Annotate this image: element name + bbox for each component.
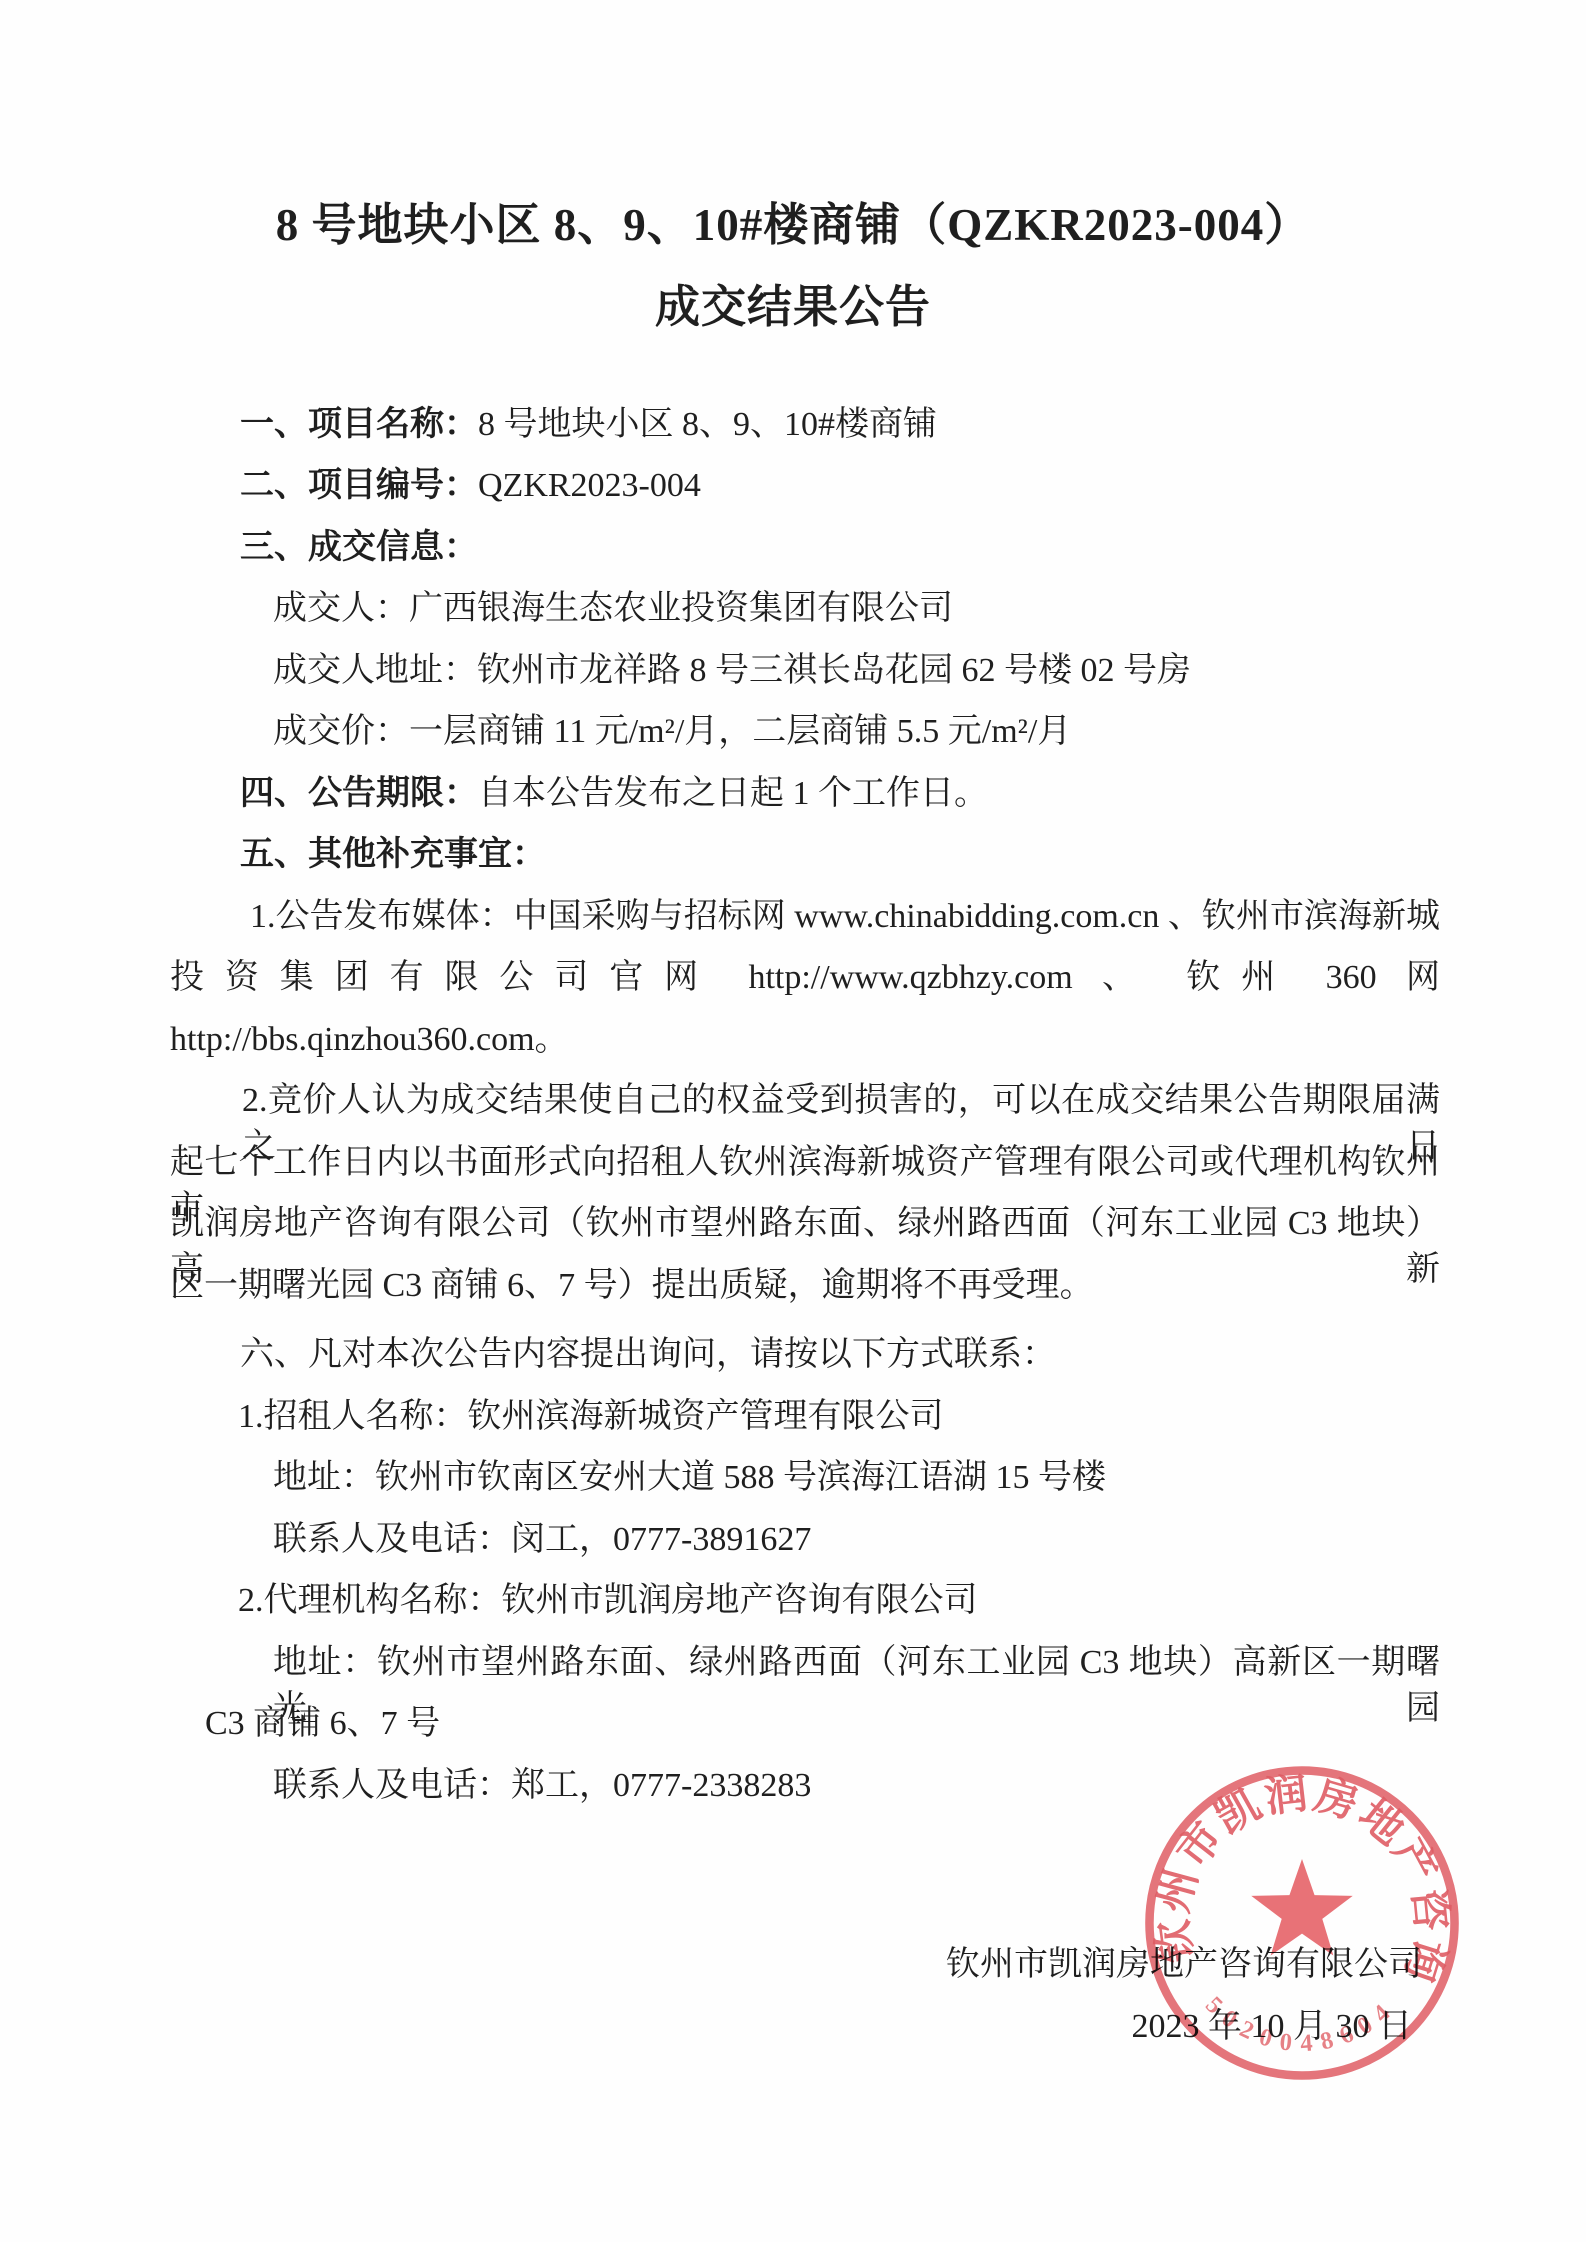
body-line: C3 商铺 6、7 号: [170, 1701, 1440, 1747]
seal-star: [1251, 1859, 1352, 1955]
body-line: 二、项目编号：QZKR2023-004: [170, 463, 1440, 509]
body-line: 一、项目名称：8 号地块小区 8、9、10#楼商铺: [170, 402, 1440, 448]
company-seal-stamp: 钦州市凯润房地产咨询有限公司 5020048604: [1142, 1763, 1462, 2083]
body-line: http://bbs.qinzhou360.com。: [170, 1017, 1440, 1063]
body-line: 五、其他补充事宜：: [170, 832, 1440, 878]
body-line: 成交人：广西银海生态农业投资集团有限公司: [170, 586, 1440, 632]
body-line: 投资集团有限公司官网 http://www.qzbhzy.com 、 钦州 36…: [170, 955, 1440, 1001]
body-line: 2.代理机构名称：钦州市凯润房地产咨询有限公司: [170, 1578, 1440, 1624]
body-line: 四、公告期限：自本公告发布之日起 1 个工作日。: [170, 771, 1440, 817]
body-line: 区一期曙光园 C3 商铺 6、7 号）提出质疑，逾期将不再受理。: [170, 1263, 1440, 1309]
body-line: 地址：钦州市钦南区安州大道 588 号滨海江语湖 15 号楼: [170, 1455, 1440, 1501]
body-line: 1.招租人名称：钦州滨海新城资产管理有限公司: [170, 1394, 1440, 1440]
seal-serial: 5020048604: [1200, 1991, 1402, 2057]
body-line: 成交人地址：钦州市龙祥路 8 号三祺长岛花园 62 号楼 02 号房: [170, 648, 1440, 694]
document-page: 8 号地块小区 8、9、10#楼商铺（QZKR2023-004） 成交结果公告 …: [0, 0, 1586, 2242]
body-line: 三、成交信息：: [170, 525, 1440, 571]
document-title-line2: 成交结果公告: [0, 270, 1586, 335]
document-title-line1: 8 号地块小区 8、9、10#楼商铺（QZKR2023-004）: [0, 188, 1586, 253]
body-line: 成交价：一层商铺 11 元/m²/月，二层商铺 5.5 元/m²/月: [170, 709, 1440, 755]
body-line: 1.公告发布媒体：中国采购与招标网 www.chinabidding.com.c…: [170, 894, 1440, 940]
body-line: 六、凡对本次公告内容提出询问，请按以下方式联系：: [170, 1332, 1440, 1378]
body-line: 联系人及电话：闵工，0777-3891627: [170, 1517, 1440, 1563]
